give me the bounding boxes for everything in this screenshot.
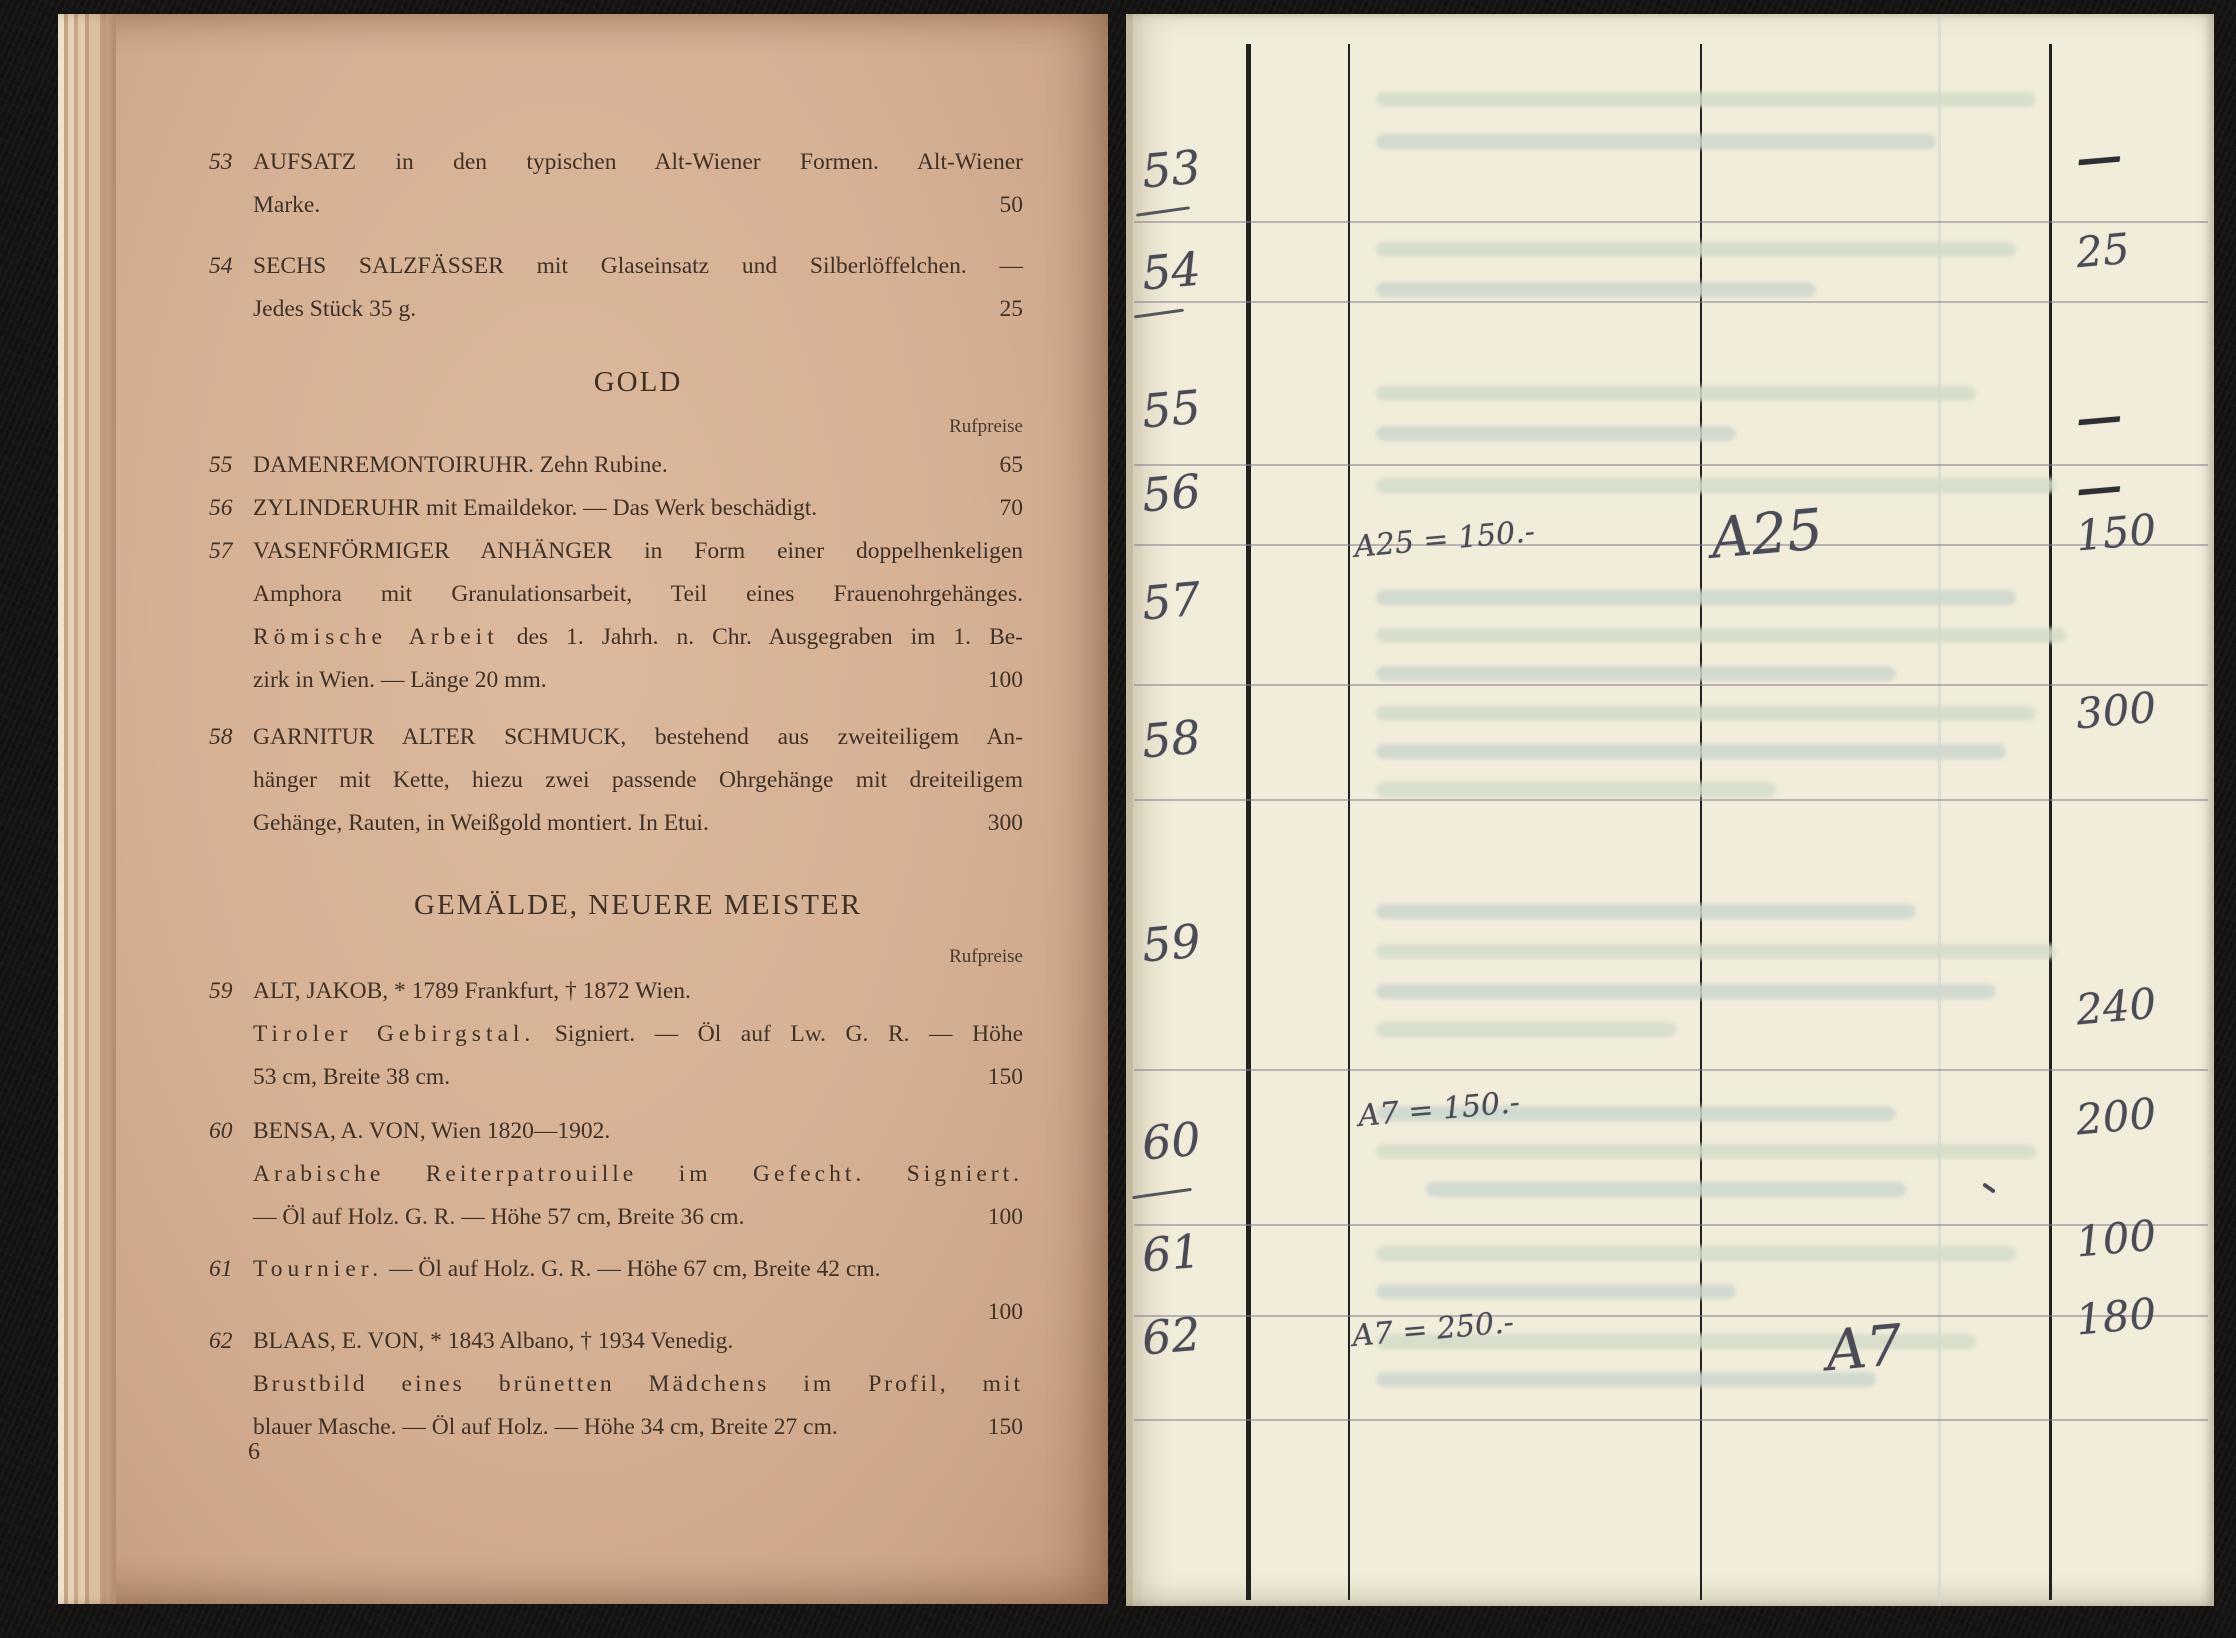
item-text-spaced: Brustbild eines brünetten Mädchens im Pr… <box>253 1371 1023 1397</box>
item-text: DAMENREMONTOIRUHR. Zehn Rubine. <box>253 452 668 478</box>
rufpreis-value: 100 <box>988 1202 1023 1232</box>
lot-number: 57 <box>209 536 233 566</box>
item-line: 58 GARNITUR ALTER SCHMUCK, bestehend aus… <box>253 722 1023 765</box>
ledger-row-rule <box>1134 1315 2208 1317</box>
item-text: — Öl auf Holz. G. R. — Höhe 67 cm, Breit… <box>383 1256 880 1282</box>
catalog-item-55: 55 DAMENREMONTOIRUHR. Zehn Rubine. 65 <box>253 450 1023 493</box>
item-text: Marke. <box>253 192 320 218</box>
ghost-print-line <box>1376 1246 2016 1261</box>
pen-flourish <box>1136 206 1190 216</box>
ledger-column-rule <box>1246 44 1251 1600</box>
ledger-row-rule <box>1134 464 2208 466</box>
rufpreis-value: 65 <box>1000 450 1024 480</box>
lot-number: 53 <box>209 147 233 177</box>
rufpreis-value: 25 <box>1000 294 1024 324</box>
item-line: Römische Arbeit des 1. Jahrh. n. Chr. Au… <box>253 622 1023 665</box>
lot-number: 58 <box>209 722 233 752</box>
handwritten-price-53: — <box>2074 128 2123 186</box>
stray-pen-mark <box>1982 1182 1996 1193</box>
item-text: BLAAS, E. VON, * 1843 Albano, † 1934 Ven… <box>253 1328 733 1354</box>
item-text-spaced: Tiroler Gebirgstal. <box>253 1021 535 1047</box>
item-text: ALT, JAKOB, * 1789 Frankfurt, † 1872 Wie… <box>253 978 691 1004</box>
ghost-print-line <box>1376 92 2036 107</box>
item-text: blauer Masche. — Öl auf Holz. — Höhe 34 … <box>253 1414 838 1440</box>
rufpreis-value: 50 <box>1000 190 1024 220</box>
item-text: Signiert. — Öl auf Lw. G. R. — Höhe <box>535 1021 1023 1047</box>
item-line: hänger mit Kette, hiezu zwei passende Oh… <box>253 765 1023 808</box>
ghost-print-line <box>1376 944 2056 959</box>
handwritten-lot-55: 55 <box>1140 380 1203 439</box>
ghost-print-line <box>1376 904 1916 919</box>
item-line: 53 cm, Breite 38 cm. 150 <box>253 1062 1023 1105</box>
ledger-column-rule <box>2049 44 2052 1600</box>
rufpreis-value: 70 <box>1000 493 1024 523</box>
catalog-page: 53 AUFSATZ in den typischen Alt-Wiener F… <box>58 14 1108 1604</box>
ghost-print-line <box>1376 628 2066 643</box>
ledger-row-rule <box>1134 799 2208 801</box>
ghost-print-line <box>1426 1182 1906 1197</box>
item-line: zirk in Wien. — Länge 20 mm. 100 <box>253 665 1023 708</box>
item-text: SECHS SALZFÄSSER mit Glaseinsatz und Sil… <box>253 253 1023 279</box>
handwritten-lot-54: 54 <box>1140 242 1203 301</box>
item-text: des 1. Jahrh. n. Chr. Ausgegraben im 1. … <box>499 624 1023 650</box>
ghost-print-line <box>1376 426 1736 441</box>
item-text: Gehänge, Rauten, in Weißgold montiert. I… <box>253 810 709 836</box>
ledger-row-rule <box>1134 301 2208 303</box>
section-header-gold: GOLD <box>253 366 1023 399</box>
catalog-item-56: 56 ZYLINDERUHR mit Emaildekor. — Das Wer… <box>253 493 1023 536</box>
rufpreis-value: 150 <box>988 1412 1023 1442</box>
item-line: 62 BLAAS, E. VON, * 1843 Albano, † 1934 … <box>253 1326 1023 1369</box>
rufpreise-label: Rufpreise <box>723 416 1023 438</box>
pen-flourish <box>1134 309 1184 319</box>
item-line: — Öl auf Holz. G. R. — Höhe 57 cm, Breit… <box>253 1202 1023 1245</box>
ghost-print-line <box>1376 744 2006 759</box>
handwritten-price-59: 240 <box>2074 979 2158 1035</box>
ledger-row-rule <box>1134 544 2208 546</box>
item-text: Jedes Stück 35 g. <box>253 296 416 322</box>
lot-number: 62 <box>209 1326 233 1356</box>
ledger-column-rule <box>1348 44 1350 1600</box>
item-text: GARNITUR ALTER SCHMUCK, bestehend aus zw… <box>253 724 1023 750</box>
lot-number: 54 <box>209 251 233 281</box>
handwritten-price-54: 25 <box>2074 224 2132 277</box>
handwritten-lot-60: 60 <box>1140 1112 1203 1171</box>
handwritten-price-60: 200 <box>2074 1089 2158 1145</box>
rufpreis-value: 150 <box>988 1062 1023 1092</box>
item-line: 61 Tournier. — Öl auf Holz. G. R. — Höhe… <box>253 1254 1023 1297</box>
ghost-print-line <box>1376 666 1896 681</box>
scanned-book-spread: { "left": { "page_number": "6", "gold_he… <box>0 0 2236 1638</box>
ledger-row-rule <box>1134 1419 2208 1421</box>
handwritten-lot-58: 58 <box>1140 710 1203 769</box>
item-text-spaced: Römische Arbeit <box>253 624 499 650</box>
ghost-print-line <box>1376 590 2016 605</box>
handwritten-price-62: 180 <box>2074 1289 2158 1345</box>
item-text: Amphora mit Granulationsarbeit, Teil ein… <box>253 581 1023 607</box>
ghost-print-line <box>1376 386 1976 401</box>
item-line: 54 SECHS SALZFÄSSER mit Glaseinsatz und … <box>253 251 1023 294</box>
rufpreis-value: 100 <box>988 1297 1023 1327</box>
item-text: hänger mit Kette, hiezu zwei passende Oh… <box>253 767 1023 793</box>
item-text: BENSA, A. VON, Wien 1820—1902. <box>253 1118 610 1144</box>
handwritten-lot-61: 61 <box>1140 1224 1203 1283</box>
ghost-print-line <box>1376 1284 1736 1299</box>
pen-flourish <box>1132 1188 1192 1199</box>
ghost-print-line <box>1376 782 1776 797</box>
ledger-row-rule <box>1134 221 2208 223</box>
ghost-print-line <box>1376 1144 2036 1159</box>
item-line: blauer Masche. — Öl auf Holz. — Höhe 34 … <box>253 1412 1023 1455</box>
handwritten-lot-59: 59 <box>1140 914 1203 973</box>
handwritten-note-57: A25 = 150.- <box>1353 514 1536 565</box>
ledger-row-rule <box>1134 1069 2208 1071</box>
item-line: 53 AUFSATZ in den typischen Alt-Wiener F… <box>253 147 1023 190</box>
handwritten-lot-62: 62 <box>1140 1307 1203 1366</box>
item-text: — Öl auf Holz. G. R. — Höhe 57 cm, Breit… <box>253 1204 744 1230</box>
lot-number: 56 <box>209 493 233 523</box>
item-line: Marke. 50 <box>253 190 1023 233</box>
item-text: AUFSATZ in den typischen Alt-Wiener Form… <box>253 149 1023 175</box>
lot-number: 60 <box>209 1116 233 1146</box>
lot-number: 59 <box>209 976 233 1006</box>
item-line: Tiroler Gebirgstal. Signiert. — Öl auf L… <box>253 1019 1023 1062</box>
item-line: Arabische Reiterpatrouille im Gefecht. S… <box>253 1159 1023 1202</box>
handwritten-note-60: A7 = 150.- <box>1357 1085 1521 1134</box>
item-text: 53 cm, Breite 38 cm. <box>253 1064 450 1090</box>
ghost-print-line <box>1376 984 1996 999</box>
item-line: Amphora mit Granulationsarbeit, Teil ein… <box>253 579 1023 622</box>
item-text-spaced: Arabische Reiterpatrouille im Gefecht. S… <box>253 1161 1023 1187</box>
ledger-page: 53 54 55 56 57 58 59 60 61 62 A25 = 150.… <box>1126 14 2214 1606</box>
ghost-print-line <box>1376 1022 1676 1037</box>
ghost-print-line <box>1376 282 1816 297</box>
item-text: ZYLINDERUHR mit Emaildekor. — Das Werk b… <box>253 495 817 521</box>
ghost-print-line <box>1376 242 2016 257</box>
item-text-spaced: Tournier. <box>253 1256 383 1282</box>
ghost-print-line <box>1376 134 1936 149</box>
handwritten-price-57: 150 <box>2074 505 2158 561</box>
rufpreis-value: 100 <box>988 665 1023 695</box>
handwritten-lot-57: 57 <box>1140 572 1203 631</box>
handwritten-bidder-code-62: A7 <box>1823 1313 1904 1384</box>
item-line: 57 VASENFÖRMIGER ANHÄNGER in Form einer … <box>253 536 1023 579</box>
item-line: Gehänge, Rauten, in Weißgold montiert. I… <box>253 808 1023 851</box>
item-line: 60 BENSA, A. VON, Wien 1820—1902. <box>253 1116 1023 1159</box>
ghost-print-line <box>1376 1372 1876 1387</box>
handwritten-price-61: 100 <box>2074 1211 2158 1267</box>
ghost-print-line <box>1376 706 2036 721</box>
rufpreise-label: Rufpreise <box>723 946 1023 968</box>
item-line: 59 ALT, JAKOB, * 1789 Frankfurt, † 1872 … <box>253 976 1023 1019</box>
ghost-print-line <box>1376 478 2056 493</box>
item-line: Brustbild eines brünetten Mädchens im Pr… <box>253 1369 1023 1412</box>
handwritten-price-55: — <box>2074 388 2123 446</box>
section-header-gemaelde: GEMÄLDE, NEUERE MEISTER <box>253 889 1023 922</box>
rufpreis-value: 300 <box>988 808 1023 838</box>
lot-number: 61 <box>209 1254 233 1284</box>
page-number: 6 <box>248 1439 260 1466</box>
handwritten-lot-53: 53 <box>1140 140 1203 199</box>
item-text: zirk in Wien. — Länge 20 mm. <box>253 667 547 693</box>
handwritten-price-58: 300 <box>2074 683 2158 739</box>
ledger-row-rule <box>1134 1224 2208 1226</box>
binding-page-edges <box>58 14 116 1604</box>
handwritten-bidder-code-57: A25 <box>1708 497 1825 571</box>
ledger-row-rule <box>1134 684 2208 686</box>
handwritten-lot-56: 56 <box>1140 464 1203 523</box>
item-line: Jedes Stück 35 g. 25 <box>253 294 1023 337</box>
ledger-column-rule <box>1700 44 1702 1600</box>
lot-number: 55 <box>209 450 233 480</box>
item-text: VASENFÖRMIGER ANHÄNGER in Form einer dop… <box>253 538 1023 564</box>
